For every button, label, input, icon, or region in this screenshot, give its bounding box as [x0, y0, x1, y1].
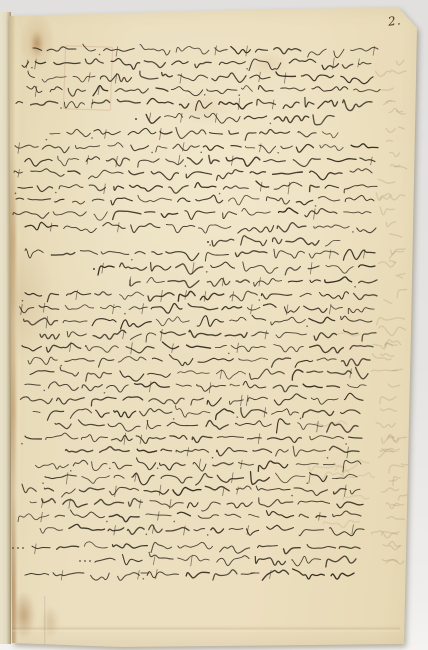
handwriting-line: [22, 290, 377, 302]
handwriting-line: [207, 236, 340, 246]
handwriting-line: [15, 143, 378, 154]
handwriting-line: [30, 498, 363, 511]
handwriting-line: [13, 208, 371, 220]
handwriting-line: [20, 393, 363, 406]
handwriting-line: [15, 181, 377, 194]
handwriting-line: [22, 58, 371, 70]
handwriting-line: [79, 554, 356, 567]
handwriting-line: [28, 71, 373, 84]
handwriting-text: [0, 0, 428, 650]
handwriting-line: [129, 277, 377, 288]
paper-surface: 2.: [0, 0, 428, 650]
handwriting-line: [135, 113, 334, 125]
handwriting-line: [33, 406, 360, 421]
handwriting-line: [12, 542, 360, 554]
handwriting-line: [40, 524, 364, 535]
handwriting-line: [16, 195, 374, 207]
handwriting-line: [18, 510, 361, 522]
handwriting-line: [46, 127, 338, 140]
handwriting-line: [24, 315, 372, 329]
handwriting-line: [25, 155, 375, 167]
handwriting-line: [40, 329, 376, 342]
handwriting-line: [28, 355, 370, 368]
handwriting-line: [22, 342, 373, 354]
handwriting-line: [36, 458, 362, 472]
handwriting-line: [22, 484, 360, 497]
handwriting-line: [21, 433, 362, 445]
handwriting-line: [25, 569, 354, 580]
handwriting-line: [25, 381, 366, 393]
handwriting-line: [33, 44, 378, 58]
handwriting-line: [20, 303, 374, 315]
page-number: 2.: [387, 13, 402, 29]
handwriting-line: [66, 446, 359, 458]
handwriting-line: [42, 472, 357, 485]
handwriting-line: [16, 97, 372, 110]
handwriting-line: [25, 222, 376, 233]
handwriting-line: [30, 367, 368, 381]
handwriting-line: [25, 249, 375, 261]
scan-background: 2.: [0, 0, 428, 650]
handwriting-line: [27, 86, 380, 97]
handwriting-line: [55, 419, 358, 433]
handwriting-line: [14, 169, 372, 180]
handwriting-line: [93, 262, 375, 275]
manuscript-page: 2.: [0, 0, 428, 650]
